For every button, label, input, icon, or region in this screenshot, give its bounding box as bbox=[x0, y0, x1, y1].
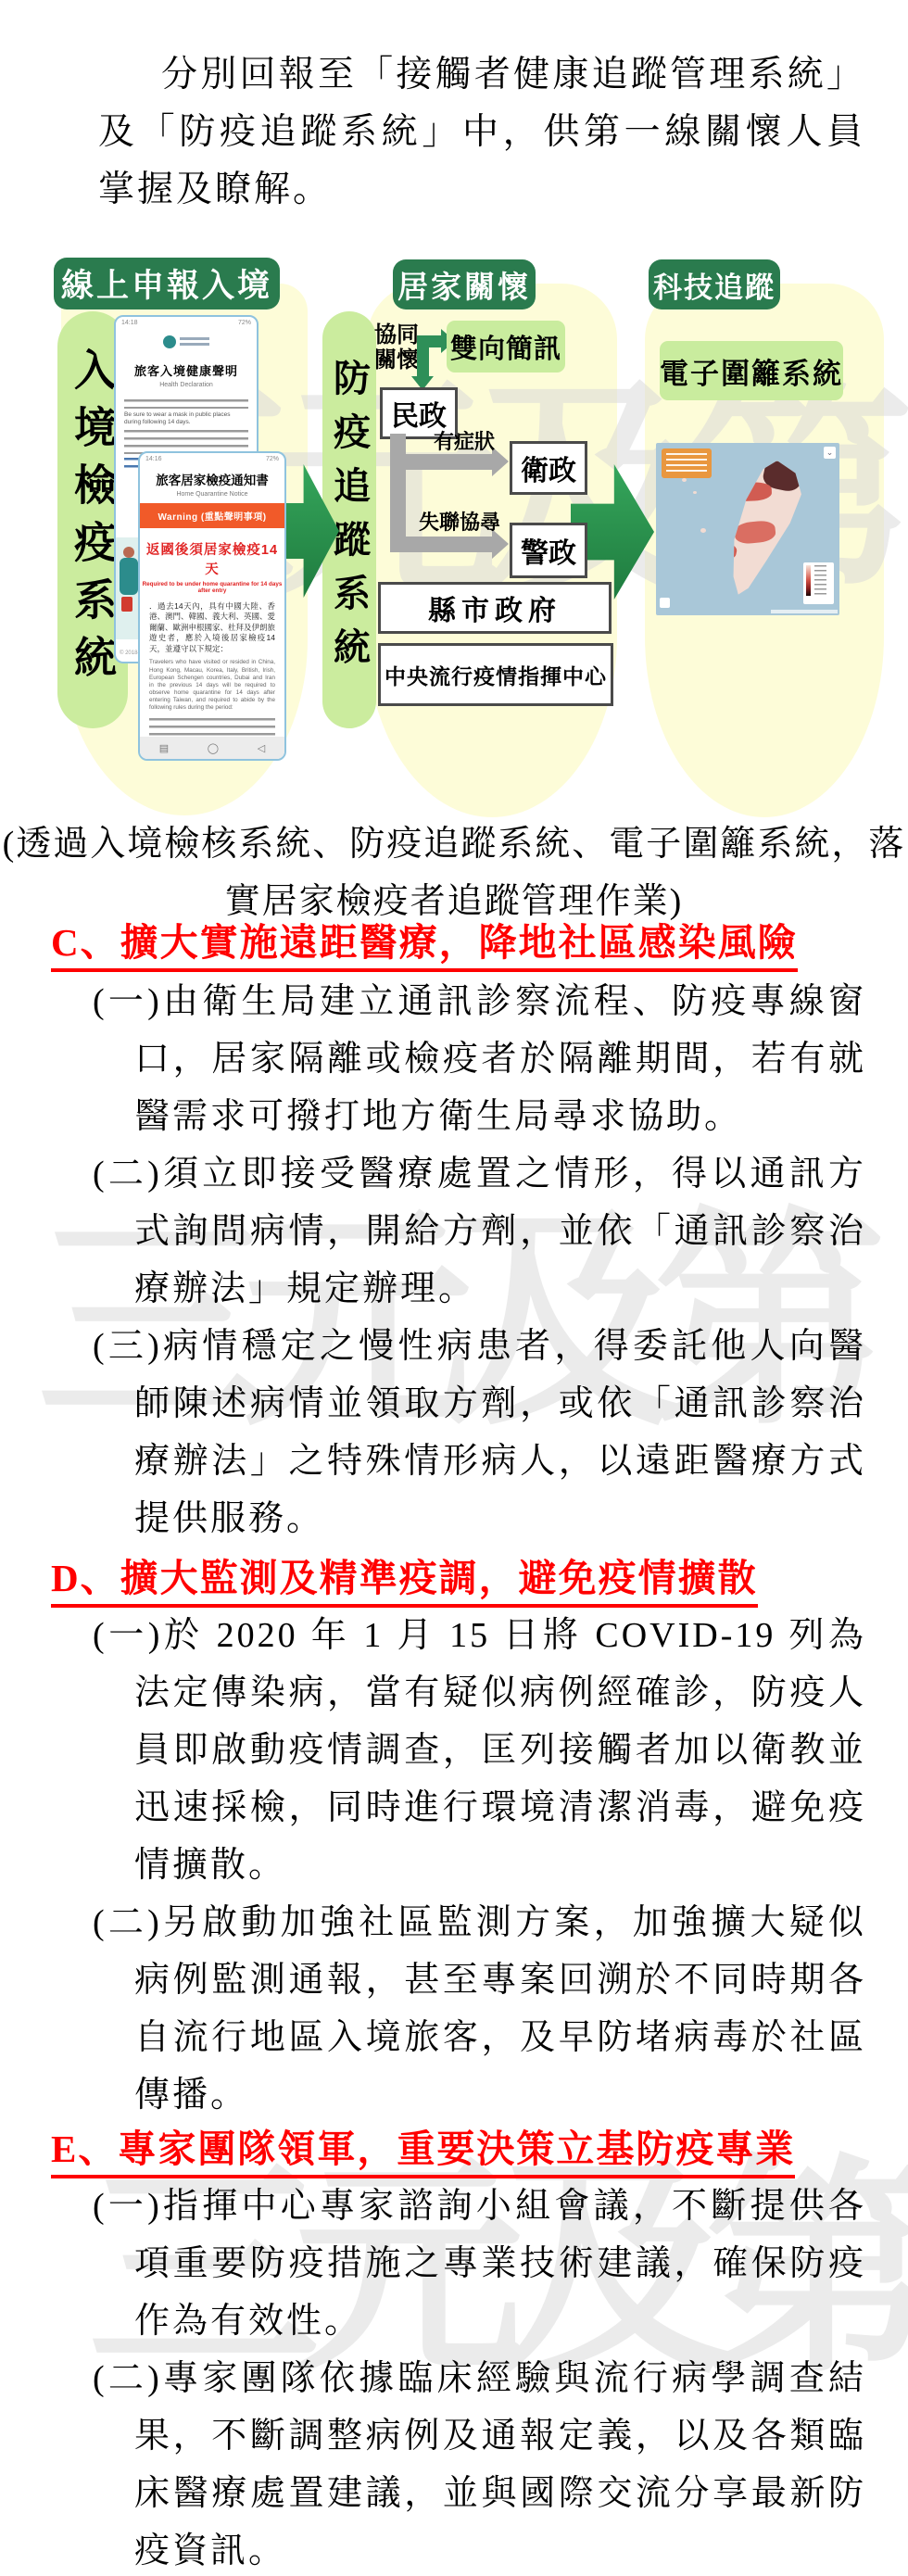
section-heading-d-text: D、擴大監測及精準疫調，避免疫情擴散 bbox=[51, 1557, 758, 1608]
recents-icon: ▤ bbox=[159, 742, 169, 754]
gray-connector-line bbox=[390, 434, 406, 552]
phone-status-bar: 14:18 72% bbox=[116, 317, 257, 326]
phone1-title: 旅客入境健康聲明 bbox=[116, 361, 257, 379]
agency-logo-text bbox=[180, 337, 209, 347]
home-icon: ◯ bbox=[208, 742, 219, 754]
phone1-note-en: Be sure to wear a mask in public places … bbox=[124, 411, 248, 427]
agency-logo bbox=[116, 335, 257, 348]
list-item: (二)專家團隊依據臨床經驗與流行病學調查結果，不斷調整病例及通報定義，以及各類臨… bbox=[134, 2350, 866, 2576]
gray-connector-line bbox=[390, 454, 492, 470]
blurred-text-lines bbox=[124, 399, 248, 409]
chevron-down-icon: ⌄ bbox=[824, 447, 836, 459]
status-battery: 72% bbox=[266, 456, 279, 462]
section-heading-e: E、專家團隊領軍，重要決策立基防疫專業 bbox=[51, 2118, 795, 2173]
section-heading-e-text: E、專家團隊領軍，重要決策立基防疫專業 bbox=[51, 2128, 795, 2178]
section-heading-c-text: C、擴大實施遠距醫療，降地社區感染風險 bbox=[51, 921, 798, 972]
two-way-sms-box: 雙向簡訊 bbox=[447, 321, 565, 373]
phone1-subtitle: Health Declaration bbox=[116, 382, 257, 388]
phone1-copyright: © 2018- bbox=[120, 650, 139, 656]
list-item: (二)另啟動加強社區監測方案，加強擴大疑似病例監測通報，甚至專案回溯於不同時期各… bbox=[134, 1894, 866, 2124]
list-item: (一)於 2020 年 1 月 15 日將 COVID-19 列為法定傳染病，當… bbox=[134, 1607, 866, 1894]
status-battery: 72% bbox=[238, 320, 251, 326]
document-page: 三元及第 三元及第 三元及第 分別回報至「接觸者健康追蹤管理系統」及「防疫追蹤系… bbox=[0, 0, 908, 2576]
map-islet bbox=[693, 491, 697, 494]
missing-contact-label: 失聯協尋 bbox=[419, 507, 500, 536]
map-islet bbox=[682, 478, 687, 482]
map-scale-labels bbox=[814, 565, 826, 596]
electronic-fence-system-box: 電子圍籬系統 bbox=[660, 341, 843, 400]
phone2-subtitle: Home Quarantine Notice bbox=[140, 491, 284, 498]
map-legend-box bbox=[662, 448, 712, 478]
co-care-line2: 關懷 bbox=[374, 347, 419, 373]
map-legend-lines bbox=[666, 453, 707, 474]
green-arrow-segment bbox=[417, 335, 429, 376]
column1-header: 線上申報入境 bbox=[54, 258, 280, 309]
map-color-scale bbox=[803, 562, 834, 604]
status-time: 14:18 bbox=[121, 320, 138, 326]
status-time: 14:16 bbox=[145, 456, 162, 462]
list-item: (一)由衛生局建立通訊診察流程、防疫專線窗口，居家隔離或檢疫者於隔離期間，若有就… bbox=[134, 973, 866, 1145]
co-care-line1: 協同 bbox=[374, 322, 419, 347]
list-item: (二)須立即接受醫療處置之情形，得以通訊方式詢問病情，開給方劑，並依「通訊診察治… bbox=[134, 1145, 866, 1318]
map-mid-case-region bbox=[734, 520, 776, 545]
symptomatic-label: 有症狀 bbox=[434, 426, 495, 455]
map-source-icon bbox=[660, 598, 670, 608]
phone2-headline-en: Required to be under home quarantine for… bbox=[140, 581, 284, 594]
intro-paragraph: 分別回報至「接觸者健康追蹤管理系統」及「防疫追蹤系統」中，供第一線關懷人員掌握及… bbox=[98, 46, 865, 219]
list-item: (一)指揮中心專家諮詢小組會議，不斷提供各項重要防疫措施之專業技術建議，確保防疫… bbox=[134, 2178, 866, 2350]
map-scale-gradient bbox=[806, 565, 811, 596]
health-affairs-box: 衛政 bbox=[510, 441, 587, 495]
section-d-items: (一)於 2020 年 1 月 15 日將 COVID-19 列為法定傳染病，當… bbox=[134, 1607, 866, 2124]
phone-status-bar: 14:16 72% bbox=[140, 453, 284, 462]
illustration-suitcase bbox=[121, 597, 132, 612]
section-heading-c: C、擴大實施遠距醫療，降地社區感染風險 bbox=[51, 912, 798, 966]
gray-connector-line bbox=[390, 537, 492, 552]
phone2-body-text-en: Travelers who have visited or resided in… bbox=[149, 659, 275, 712]
illustration-person-head bbox=[123, 547, 134, 558]
caption-line1: (透過入境檢核系統、防疫追蹤系統、電子圍籬系統，落 bbox=[0, 815, 908, 873]
illustration-person-body bbox=[120, 558, 138, 595]
phone-nav-bar: ▤ ◯ ◁ bbox=[140, 737, 284, 759]
phone2-headline: 返國後須居家檢疫14天 bbox=[140, 539, 284, 578]
phone2-title: 旅客居家檢疫通知書 bbox=[140, 470, 284, 488]
section-e-items: (一)指揮中心專家諮詢小組會議，不斷提供各項重要防疫措施之專業技術建議，確保防疫… bbox=[134, 2178, 866, 2576]
column3-header: 科技追蹤 bbox=[649, 259, 780, 309]
police-affairs-box: 警政 bbox=[510, 523, 587, 578]
blurred-text-lines bbox=[124, 430, 248, 454]
county-government-box: 縣市政府 bbox=[378, 582, 612, 634]
map-islet bbox=[700, 528, 706, 533]
section-c-items: (一)由衛生局建立通訊診察流程、防疫專線窗口，居家隔離或檢疫者於隔離期間，若有就… bbox=[134, 973, 866, 1547]
agency-logo-icon bbox=[163, 335, 176, 348]
co-care-label: 協同 關懷 bbox=[374, 322, 419, 373]
taiwan-case-map: ⌄ bbox=[656, 443, 839, 615]
column2-header: 居家關懷 bbox=[393, 259, 536, 309]
back-icon: ◁ bbox=[258, 742, 265, 754]
section-heading-d: D、擴大監測及精準疫調，避免疫情擴散 bbox=[51, 1547, 758, 1602]
map-attribution bbox=[771, 610, 838, 613]
phone2-body-text: ．過去14天內，具有中國大陸、香港、澳門、韓國、義大利、英國、愛爾蘭、歐洲申根國… bbox=[149, 601, 275, 654]
phone-screenshot-quarantine-notice: 14:16 72% 旅客居家檢疫通知書 Home Quarantine Noti… bbox=[138, 451, 286, 761]
warning-banner: Warning (重點聲明事項) bbox=[140, 503, 284, 528]
list-item: (三)病情穩定之慢性病患者，得委託他人向醫師陳述病情並領取方劑，或依「通訊診察治… bbox=[134, 1318, 866, 1547]
central-epidemic-command-center-box: 中央流行疫情指揮中心 bbox=[378, 643, 613, 706]
